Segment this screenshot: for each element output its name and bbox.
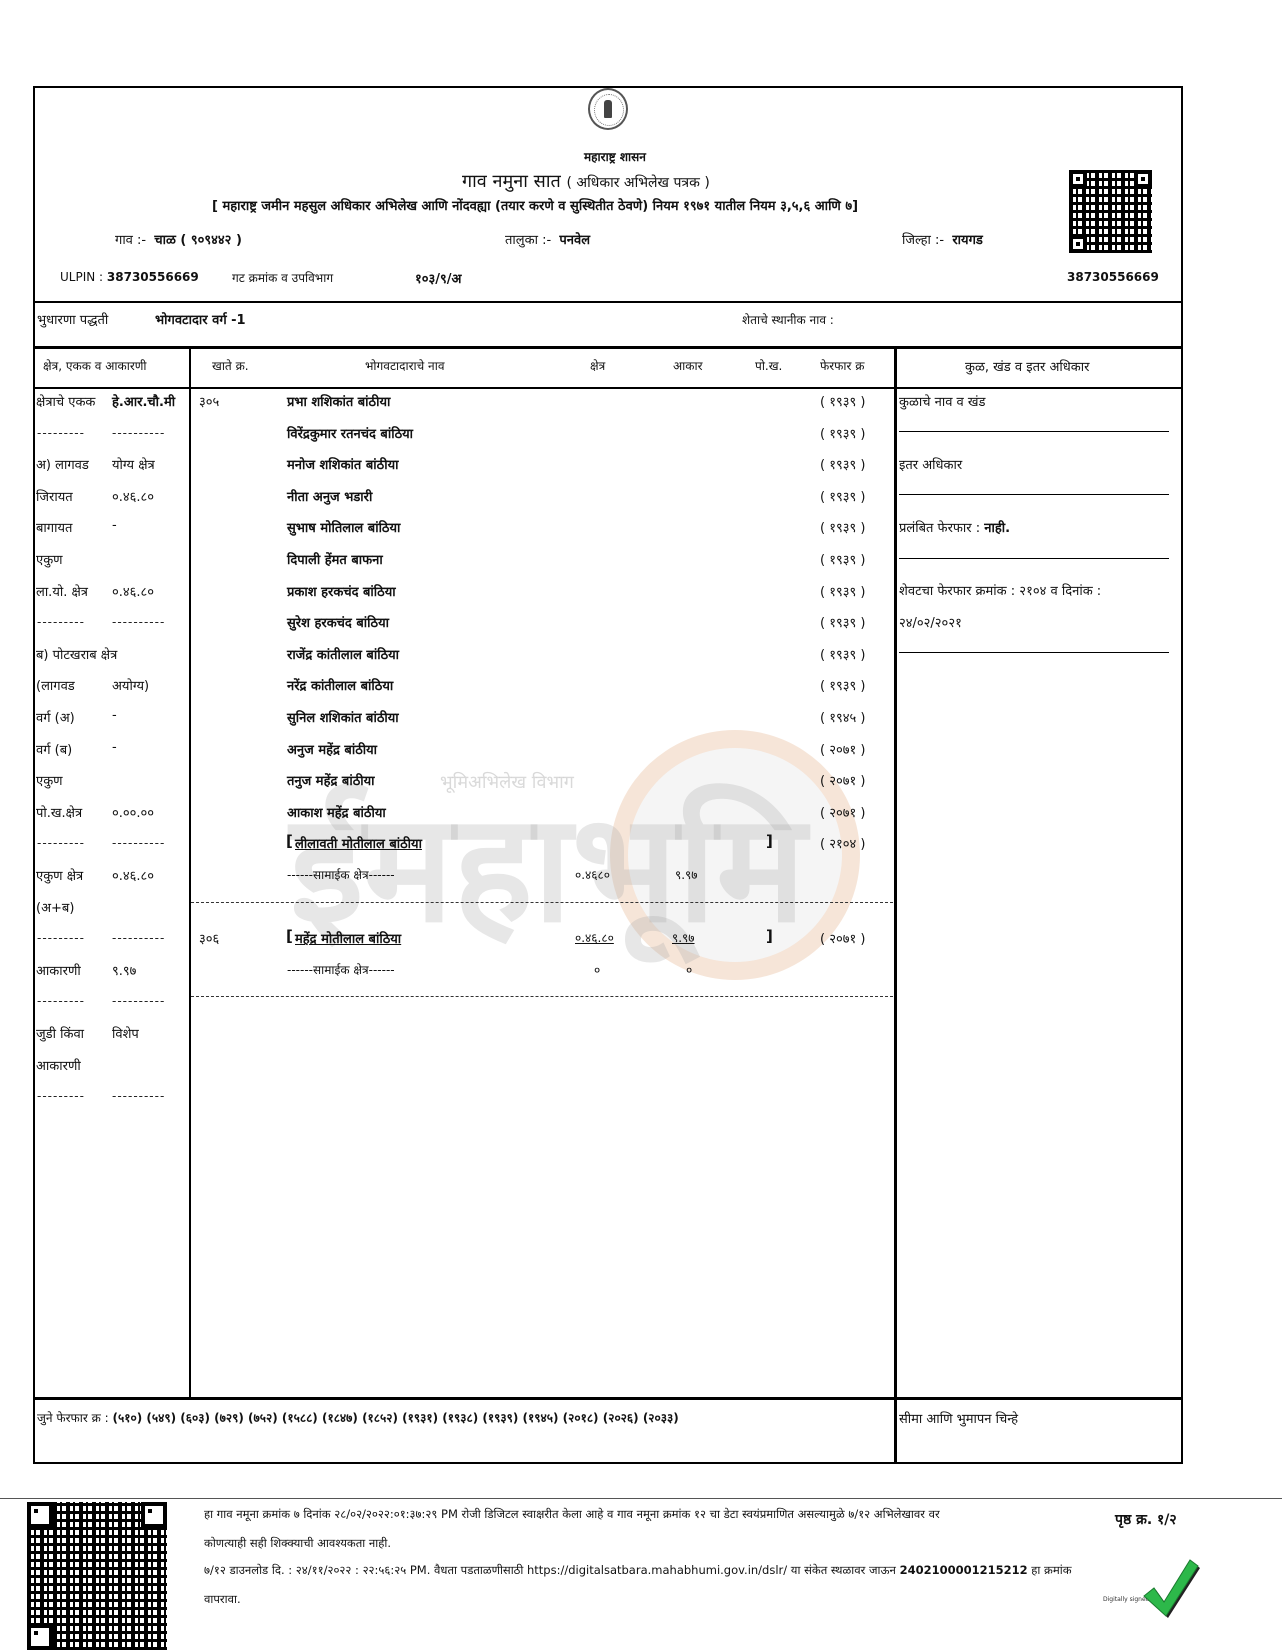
holder-name: मनोज शशिकांत बांठीया bbox=[287, 455, 398, 473]
holder-name: आकाश महेंद्र बांठीया bbox=[287, 803, 386, 821]
footer-line-3: ७/१२ डाउनलोड दि. : २४/११/२०२२ : २२:५६:२५… bbox=[204, 1563, 1072, 1578]
dash-separator: --------- bbox=[37, 1089, 85, 1103]
divider bbox=[33, 346, 1183, 349]
district-value: रायगड bbox=[952, 233, 983, 248]
mutation-number: ( २०७१ ) bbox=[820, 929, 865, 947]
col-holder-name: भोगवटादाराचे नाव bbox=[365, 357, 445, 374]
holder-area: ०.४६.८० bbox=[575, 929, 614, 946]
mutation-number: ( १९३९ ) bbox=[820, 613, 865, 631]
area-row-label: आकारणी bbox=[36, 961, 81, 979]
divider bbox=[33, 301, 1183, 303]
district-field: जिल्हा :- रायगड bbox=[902, 230, 983, 248]
area-row-value: ०.४६.८० bbox=[112, 866, 154, 884]
holder-name: दिपाली हेंमत बाफना bbox=[287, 550, 383, 568]
bracket-close: ] bbox=[766, 832, 773, 850]
footer-download-text: ७/१२ डाउनलोड दि. : २४/११/२०२२ : २२:५६:२५… bbox=[204, 1563, 896, 1577]
taluka-field: तालुका :- पनवेल bbox=[505, 230, 590, 248]
mutation-number: ( १९३९ ) bbox=[820, 550, 865, 568]
column-divider bbox=[894, 346, 897, 1464]
tenant-label: कुळाचे नाव व खंड bbox=[899, 392, 986, 410]
footer-suffix: हा क्रमांक bbox=[1031, 1563, 1071, 1577]
mutation-number: ( १९३९ ) bbox=[820, 518, 865, 536]
col-rights: कुळ, खंड व इतर अधिकार bbox=[965, 357, 1089, 375]
area-row-value: - bbox=[112, 708, 117, 723]
area-row-value: विशेप bbox=[112, 1024, 139, 1042]
common-area-label: ------सामाईक क्षेत्र------ bbox=[287, 866, 395, 883]
mutation-number: ( १९३९ ) bbox=[820, 582, 865, 600]
taluka-label: तालुका :- bbox=[505, 233, 551, 248]
header-qr-code bbox=[1069, 170, 1152, 253]
gat-label: गट क्रमांक व उपविभाग bbox=[232, 269, 333, 286]
col-area-unit: क्षेत्र, एकक व आकारणी bbox=[43, 357, 147, 374]
ulpin-label: ULPIN : bbox=[60, 270, 103, 284]
mutation-number: ( १९३९ ) bbox=[820, 392, 865, 410]
mutation-number: ( १९४५ ) bbox=[820, 708, 865, 726]
digital-signature-check-icon bbox=[1140, 1556, 1200, 1620]
pending-mutation: प्रलंबित फेरफार : नाही. bbox=[899, 518, 1010, 536]
holder-name: सुभाष मोतिलाल बांठिया bbox=[287, 518, 400, 536]
pending-label: प्रलंबित फेरफार : bbox=[899, 521, 980, 536]
area-row-value: - bbox=[112, 518, 117, 533]
page-number: पृष्ठ क्र. १/२ bbox=[1115, 1510, 1177, 1529]
rule-text: [ महाराष्ट्र जमीन महसुल अधिकार अभिलेख आण… bbox=[212, 196, 858, 214]
area-row-value: अयोग्य) bbox=[112, 676, 149, 694]
area-row-label: जुडी किंवा bbox=[36, 1024, 84, 1042]
holder-name: सुरेश हरकचंद बांठिया bbox=[287, 613, 389, 631]
mutation-number: ( २०७१ ) bbox=[820, 771, 865, 789]
verification-code: 2402100001215212 bbox=[900, 1563, 1028, 1577]
title-main: गाव नमुना सात bbox=[462, 171, 561, 192]
dash-separator: --------- bbox=[37, 836, 85, 850]
village-label: गाव :- bbox=[115, 233, 146, 248]
dash-separator bbox=[191, 902, 893, 903]
taluka-value: पनवेल bbox=[559, 233, 590, 248]
holder-name: नीता अनुज भडारी bbox=[287, 487, 372, 505]
area-row-label: एकुण bbox=[36, 550, 63, 568]
mutation-number: ( १९३९ ) bbox=[820, 455, 865, 473]
common-assessment-value: ० bbox=[686, 961, 692, 978]
area-row-label: (लागवड bbox=[36, 676, 75, 694]
dash-separator bbox=[191, 996, 893, 997]
dash-separator: ---------- bbox=[112, 931, 165, 945]
dash-separator: --------- bbox=[37, 931, 85, 945]
col-assessment: आकार bbox=[673, 357, 703, 374]
bracket-close: ] bbox=[766, 927, 773, 945]
holder-name: राजेंद्र कांतीलाल बांठिया bbox=[287, 645, 399, 663]
pending-value: नाही. bbox=[984, 521, 1010, 536]
col-khate: खाते क्र. bbox=[212, 357, 249, 374]
holder-name: लीलावती मोतीलाल बांठीया bbox=[295, 834, 422, 852]
footer-line-2: कोणत्याही सही शिक्क्याची आवश्यकता नाही. bbox=[204, 1536, 391, 1551]
maharashtra-emblem-icon bbox=[588, 88, 628, 130]
mutation-number: ( १९३९ ) bbox=[820, 487, 865, 505]
holder-assessment: ९.९७ bbox=[672, 929, 695, 946]
holder-name: विरेंद्रकुमार रतनचंद बांठिया bbox=[287, 424, 413, 442]
area-row-label: आकारणी bbox=[36, 1056, 81, 1074]
old-mutations-value: (५१०) (५४९) (६०३) (७२९) (७५२) (१५८८) (१८… bbox=[113, 1411, 679, 1425]
tenure-label: भुधारणा पद्धती bbox=[37, 310, 108, 328]
area-row-label: अ) लागवड bbox=[36, 455, 89, 473]
area-row-label: वर्ग (अ) bbox=[36, 708, 75, 726]
last-mutation-date: २४/०२/२०२१ bbox=[899, 613, 962, 631]
village-value: चाळ ( ९०९४४२ ) bbox=[154, 233, 242, 248]
area-row-label: पो.ख.क्षेत्र bbox=[36, 803, 82, 821]
holder-name: तनुज महेंद्र बांठीया bbox=[287, 771, 375, 789]
khate-number: ३०५ bbox=[199, 392, 219, 410]
area-row-label: एकुण क्षेत्र bbox=[36, 866, 83, 884]
area-row-value: ०.४६.८० bbox=[112, 487, 154, 505]
divider bbox=[899, 431, 1169, 432]
dash-separator: ---------- bbox=[112, 994, 165, 1008]
khate-number: ३०६ bbox=[199, 929, 219, 947]
common-area-value: ० bbox=[594, 961, 600, 978]
area-row-value: ०.००.०० bbox=[112, 803, 154, 821]
area-row-label: ला.यो. क्षेत्र bbox=[36, 582, 88, 600]
mutation-number: ( १९३९ ) bbox=[820, 645, 865, 663]
area-row-label: (अ+ब) bbox=[36, 898, 74, 916]
ulpin-right: 38730556669 bbox=[1067, 270, 1159, 284]
document-frame bbox=[33, 86, 1183, 1464]
mutation-number: ( २०७१ ) bbox=[820, 740, 865, 758]
holder-name: महेंद्र मोतीलाल बांठिया bbox=[295, 929, 401, 947]
last-mutation: शेवटचा फेरफार क्रमांक : २१०४ व दिनांक : bbox=[899, 581, 1101, 599]
bracket-open: [ bbox=[286, 832, 293, 850]
other-rights-label: इतर अधिकार bbox=[899, 455, 962, 473]
area-row-label: एकुण bbox=[36, 771, 63, 789]
dash-separator: ---------- bbox=[112, 1089, 165, 1103]
page-title: गाव नमुना सात ( अधिकार अभिलेख पत्रक ) bbox=[462, 169, 710, 193]
local-name-label: शेताचे स्थानीक नाव : bbox=[742, 311, 834, 328]
title-sub: ( अधिकार अभिलेख पत्रक ) bbox=[566, 175, 709, 191]
common-area-value: ०.४६८० bbox=[575, 866, 610, 883]
area-row-label: बागायत bbox=[36, 518, 72, 536]
divider bbox=[899, 652, 1169, 653]
area-row-label: वर्ग (ब) bbox=[36, 740, 72, 758]
holder-name: सुनिल शशिकांत बांठीया bbox=[287, 708, 399, 726]
area-row-value: ९.९७ bbox=[112, 961, 136, 979]
village-field: गाव :- चाळ ( ९०९४४२ ) bbox=[115, 230, 242, 248]
footer-line-4: वापरावा. bbox=[204, 1592, 241, 1607]
area-row-value: हे.आर.चौ.मी bbox=[112, 392, 175, 410]
footer-divider bbox=[0, 1498, 1282, 1499]
mutation-number: ( २०७१ ) bbox=[820, 803, 865, 821]
ulpin-value: 38730556669 bbox=[107, 270, 199, 284]
footer-qr-code bbox=[27, 1502, 167, 1650]
tenure-value: भोगवटादार वर्ग -1 bbox=[155, 310, 246, 328]
divider bbox=[33, 1397, 1183, 1400]
divider bbox=[899, 558, 1169, 559]
district-label: जिल्हा :- bbox=[902, 233, 944, 248]
divider bbox=[33, 387, 1183, 389]
bracket-open: [ bbox=[286, 927, 293, 945]
mutation-number: ( १९३९ ) bbox=[820, 424, 865, 442]
dash-separator: --------- bbox=[37, 994, 85, 1008]
dash-separator: ---------- bbox=[112, 836, 165, 850]
dash-separator: --------- bbox=[37, 426, 85, 440]
area-row-value: - bbox=[112, 740, 117, 755]
area-row-label: ब) पोटखराब क्षेत्र bbox=[36, 645, 117, 663]
dash-separator: ---------- bbox=[112, 615, 165, 629]
area-row-value: योग्य क्षेत्र bbox=[112, 455, 155, 473]
col-mutation: फेरफार क्र bbox=[820, 357, 864, 374]
area-row-label: क्षेत्राचे एकक bbox=[36, 392, 95, 410]
boundary-label: सीमा आणि भुमापन चिन्हे bbox=[899, 1409, 1018, 1427]
column-divider bbox=[189, 346, 191, 1398]
old-mutations: जुने फेरफार क्र : (५१०) (५४९) (६०३) (७२९… bbox=[37, 1409, 679, 1426]
dash-separator: ---------- bbox=[112, 426, 165, 440]
holder-name: प्रकाश हरकचंद बांठिया bbox=[287, 582, 396, 600]
gat-value: १०३/९/अ bbox=[415, 269, 461, 287]
footer-line-1: हा गाव नमूना क्रमांक ७ दिनांक २८/०२/२०२२… bbox=[204, 1507, 940, 1522]
common-area-label: ------सामाईक क्षेत्र------ bbox=[287, 961, 395, 978]
mutation-number: ( १९३९ ) bbox=[820, 676, 865, 694]
ulpin-field: ULPIN : 38730556669 bbox=[60, 270, 199, 284]
emblem-caption: महाराष्ट्र शासन bbox=[584, 148, 646, 165]
mutation-number: ( २१०४ ) bbox=[820, 834, 865, 852]
holder-name: प्रभा शशिकांत बांठीया bbox=[287, 392, 390, 410]
dash-separator: --------- bbox=[37, 615, 85, 629]
old-mutations-label: जुने फेरफार क्र : bbox=[37, 1411, 109, 1425]
area-row-value: ०.४६.८० bbox=[112, 582, 154, 600]
holder-name: नरेंद्र कांतीलाल बांठिया bbox=[287, 676, 393, 694]
col-area: क्षेत्र bbox=[590, 357, 605, 374]
col-pot-kharab: पो.ख. bbox=[755, 357, 782, 374]
area-row-label: जिरायत bbox=[36, 487, 73, 505]
divider bbox=[899, 494, 1169, 495]
holder-name: अनुज महेंद्र बांठीया bbox=[287, 740, 377, 758]
common-assessment-value: ९.९७ bbox=[675, 866, 698, 883]
